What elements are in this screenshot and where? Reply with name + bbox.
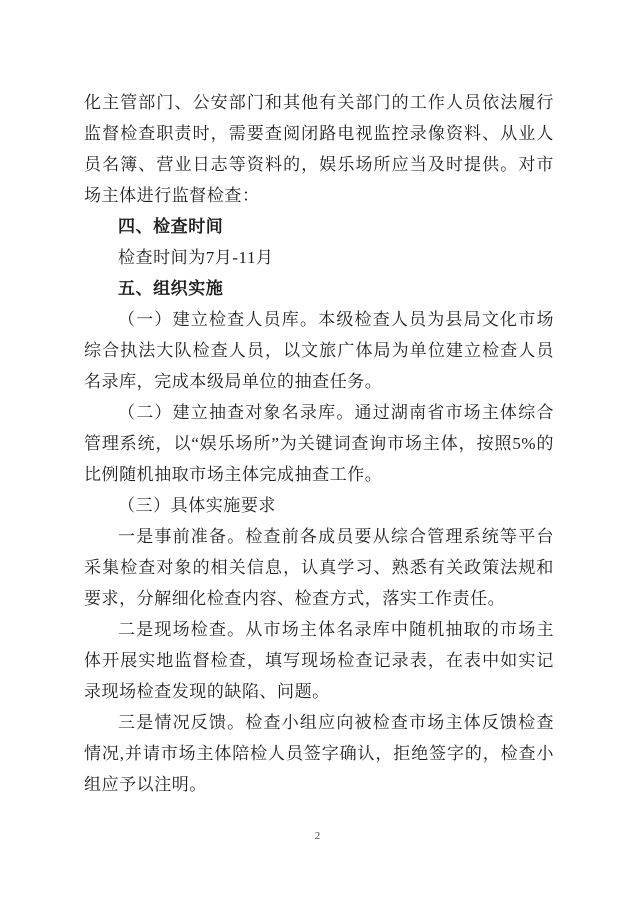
paragraph-inspection-time: 检查时间为7月-11月	[84, 242, 554, 273]
document-body: 化主管部门、公安部门和其他有关部门的工作人员依法履行监督检查职责时，需要查阅闭路…	[84, 87, 554, 800]
paragraph-step-1: 一是事前准备。检查前各成员要从综合管理系统等平台采集检查对象的相关信息，认真学习…	[84, 521, 554, 614]
paragraph-item-2: （二）建立抽查对象名录库。通过湖南省市场主体综合管理系统，以“娱乐场所”为关键词…	[84, 397, 554, 490]
section-heading-5: 五、组织实施	[84, 273, 554, 304]
paragraph-item-3: （三）具体实施要求	[84, 490, 554, 521]
page-number: 2	[315, 830, 321, 842]
section-heading-4: 四、检查时间	[84, 211, 554, 242]
document-page: 化主管部门、公安部门和其他有关部门的工作人员依法履行监督检查职责时，需要查阅闭路…	[0, 0, 635, 898]
paragraph-item-1: （一）建立检查人员库。本级检查人员为县局文化市场综合执法大队检查人员，以文旅广体…	[84, 304, 554, 397]
page-footer: 2	[0, 826, 635, 844]
paragraph-step-3: 三是情况反馈。检查小组应向被检查市场主体反馈检查情况,并请市场主体陪检人员签字确…	[84, 707, 554, 800]
paragraph-step-2: 二是现场检查。从市场主体名录库中随机抽取的市场主体开展实地监督检查，填写现场检查…	[84, 614, 554, 707]
paragraph-continuation: 化主管部门、公安部门和其他有关部门的工作人员依法履行监督检查职责时，需要查阅闭路…	[84, 87, 554, 211]
